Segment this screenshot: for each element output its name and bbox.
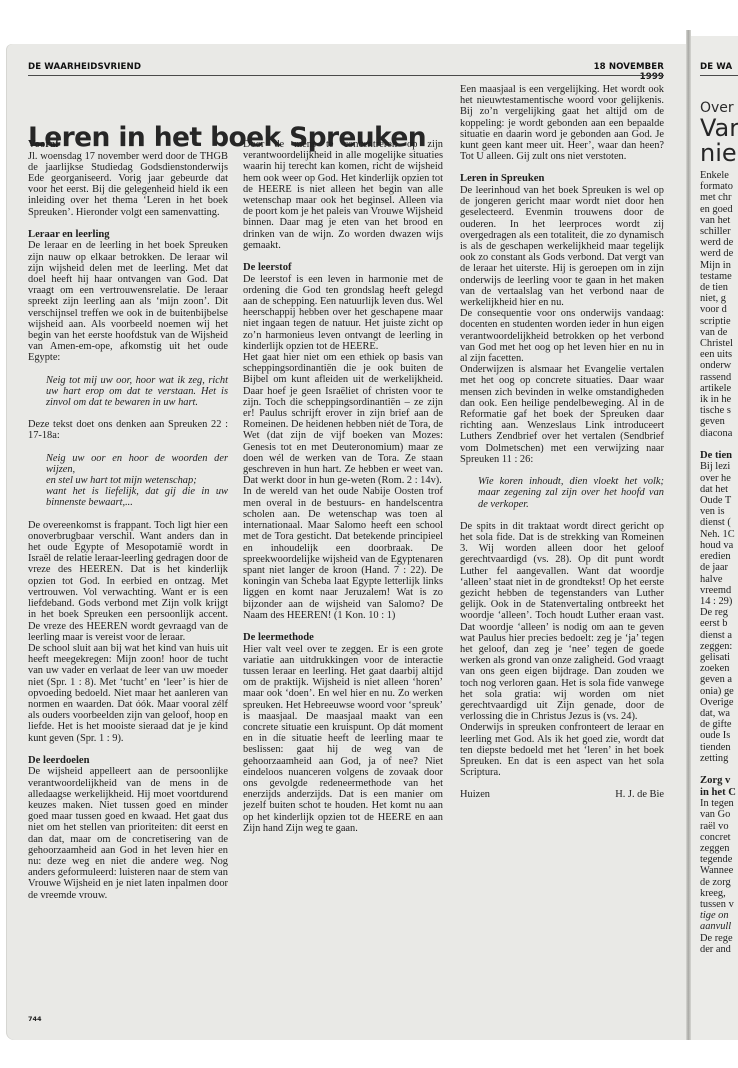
text-line: De rege bbox=[700, 933, 738, 944]
text-line: dat het bbox=[700, 484, 738, 495]
text-line: de jaar bbox=[700, 562, 738, 573]
text-line: onia) ge bbox=[700, 686, 738, 697]
block-quote-line: en stel uw hart tot mijn wetenschap; bbox=[28, 475, 228, 486]
text-line: tische s bbox=[700, 405, 738, 416]
text-line: houd va bbox=[700, 540, 738, 551]
text-line: zoeken bbox=[700, 663, 738, 674]
text-line: over he bbox=[700, 473, 738, 484]
text-line: zetting bbox=[700, 753, 738, 764]
article-column-2: Door de mens te concentreren op zijn ver… bbox=[243, 139, 443, 834]
text-line: artikele bbox=[700, 383, 738, 394]
text-line: geven bbox=[700, 416, 738, 427]
block-quote-line: want het is liefelijk, dat gij die in uw… bbox=[28, 486, 228, 508]
text-line: van de bbox=[700, 327, 738, 338]
text-line: der and bbox=[700, 944, 738, 955]
paragraph: In de wereld van het oude Nabije Oosten … bbox=[243, 486, 443, 620]
section-heading-leerdoelen: De leerdoelen bbox=[28, 755, 228, 767]
text-line: Wannee bbox=[700, 865, 738, 876]
text-line: Enkele bbox=[700, 170, 738, 181]
section-heading: De tien bbox=[700, 450, 738, 462]
text-line: concret bbox=[700, 832, 738, 843]
text-line: raël vo bbox=[700, 821, 738, 832]
text-line: geven a bbox=[700, 674, 738, 685]
text-line: 14 : 29) bbox=[700, 596, 738, 607]
text-line: dienst a bbox=[700, 630, 738, 641]
text-line: zeggen: bbox=[700, 641, 738, 652]
text-line: tige on bbox=[700, 910, 738, 921]
text-line: ven is bbox=[700, 506, 738, 517]
paragraph: De overeenkomst is frappant. Toch ligt h… bbox=[28, 520, 228, 643]
text-line: en goed bbox=[700, 204, 738, 215]
text-line: zeggen bbox=[700, 843, 738, 854]
paragraph: Hier valt veel over te zeggen. Er is een… bbox=[243, 644, 443, 834]
text-line: aanvull bbox=[700, 921, 738, 932]
text-line: van het bbox=[700, 215, 738, 226]
paragraph: Jl. woensdag 17 november werd door de TH… bbox=[28, 151, 228, 218]
text-line: eredien bbox=[700, 551, 738, 562]
text-line: formato bbox=[700, 181, 738, 192]
text-line: met chr bbox=[700, 192, 738, 203]
paragraph: De school sluit aan bij wat het kind van… bbox=[28, 643, 228, 744]
text-line: De reg bbox=[700, 607, 738, 618]
text-line: tegende bbox=[700, 854, 738, 865]
right-running-head: DE WA bbox=[700, 62, 732, 76]
section-heading-leraar-en-leerling: Leraar en leerling bbox=[28, 229, 228, 241]
text-line: kreeg, bbox=[700, 888, 738, 899]
text-line: gelisati bbox=[700, 652, 738, 663]
text-line: Oude T bbox=[700, 495, 738, 506]
text-line: In tegen bbox=[700, 798, 738, 809]
text-line: werd de bbox=[700, 248, 738, 259]
section-heading-leerstof: De leerstof bbox=[243, 262, 443, 274]
paragraph: Door de mens te concentreren op zijn ver… bbox=[243, 139, 443, 251]
text-line: rassend bbox=[700, 372, 738, 383]
paragraph: De spits in dit traktaat wordt direct ge… bbox=[460, 521, 664, 723]
header-rule bbox=[28, 75, 664, 76]
running-head-date: 18 NOVEMBER 1999 bbox=[568, 62, 664, 76]
block-quote: Wie koren inhoudt, dien vloekt het volk;… bbox=[460, 476, 664, 510]
text-line: Neh. 1C bbox=[700, 529, 738, 540]
right-article-title: Var nie bbox=[700, 116, 738, 166]
text-line: diacona bbox=[700, 428, 738, 439]
signature: Huizen H. J. de Bie bbox=[460, 789, 664, 800]
text-line: onderw bbox=[700, 360, 738, 371]
text-line: van Go bbox=[700, 809, 738, 820]
paragraph: De leerstof is een leven in harmonie met… bbox=[243, 274, 443, 352]
text-line: eerst b bbox=[700, 618, 738, 629]
block-quote-line: Neig uw oor en hoor de woorden der wijze… bbox=[28, 453, 228, 475]
section-heading-leermethode: De leermethode bbox=[243, 632, 443, 644]
section-heading: in het C bbox=[700, 787, 738, 799]
article-column-1: Vooraf Jl. woensdag 17 november werd doo… bbox=[28, 139, 228, 901]
text-line: schiller bbox=[700, 226, 738, 237]
text-line: vreemd bbox=[700, 585, 738, 596]
text-line: tienden bbox=[700, 742, 738, 753]
text-line: een uits bbox=[700, 349, 738, 360]
article-column-3: Een maasjaal is een vergelijking. Het wo… bbox=[460, 84, 664, 801]
signature-author: H. J. de Bie bbox=[615, 789, 664, 800]
text-line: testame bbox=[700, 271, 738, 282]
paragraph: Onderwijs in spreuken confronteert de le… bbox=[460, 722, 664, 778]
text-line: Bij lezi bbox=[700, 461, 738, 472]
text-line: scriptie bbox=[700, 316, 738, 327]
text-line: werd de bbox=[700, 237, 738, 248]
right-title-line: Var bbox=[700, 116, 738, 141]
text-line: dienst ( bbox=[700, 517, 738, 528]
text-line: de gifte bbox=[700, 719, 738, 730]
text-line: de tien bbox=[700, 282, 738, 293]
right-header-rule bbox=[700, 75, 738, 76]
right-title-line: nie bbox=[700, 141, 738, 166]
paragraph: Een maasjaal is een vergelijking. Het wo… bbox=[460, 84, 664, 162]
text-line: dat, wa bbox=[700, 708, 738, 719]
section-heading-vooraf: Vooraf bbox=[28, 139, 228, 151]
paragraph: Onderwijzen is alsmaar het Evangelie ver… bbox=[460, 364, 664, 465]
paragraph: De leerinhoud van het boek Spreuken is w… bbox=[460, 185, 664, 308]
paragraph: Deze tekst doet ons denken aan Spreuken … bbox=[28, 419, 228, 441]
text-line: halve bbox=[700, 574, 738, 585]
section-heading-leren-in-spreuken: Leren in Spreuken bbox=[460, 173, 664, 185]
page-number: 744 bbox=[28, 1015, 42, 1023]
text-line: ik in he bbox=[700, 394, 738, 405]
paragraph: De consequentie voor ons onderwijs vanda… bbox=[460, 308, 664, 364]
text-line: niet, g bbox=[700, 293, 738, 304]
section-heading: Zorg v bbox=[700, 775, 738, 787]
text-line: de zorg bbox=[700, 877, 738, 888]
text-line: voor d bbox=[700, 304, 738, 315]
paragraph: De wijsheid appelleert aan de persoonlij… bbox=[28, 766, 228, 900]
paragraph: Het gaat hier niet om een ethiek op basi… bbox=[243, 352, 443, 486]
signature-place: Huizen bbox=[460, 789, 490, 800]
running-head-publication: DE WAARHEIDSVRIEND bbox=[28, 62, 141, 76]
text-line: Christel bbox=[700, 338, 738, 349]
right-article-column: Enkele formato met chr en goed van het s… bbox=[700, 170, 738, 955]
text-line: oude Is bbox=[700, 730, 738, 741]
text-line: Overige bbox=[700, 697, 738, 708]
text-line: Mijn in bbox=[700, 260, 738, 271]
paragraph: De leraar en de leerling in het boek Spr… bbox=[28, 240, 228, 363]
text-line: tussen v bbox=[700, 899, 738, 910]
block-quote: Neig tot mij uw oor, hoor wat ik zeg, ri… bbox=[28, 375, 228, 409]
